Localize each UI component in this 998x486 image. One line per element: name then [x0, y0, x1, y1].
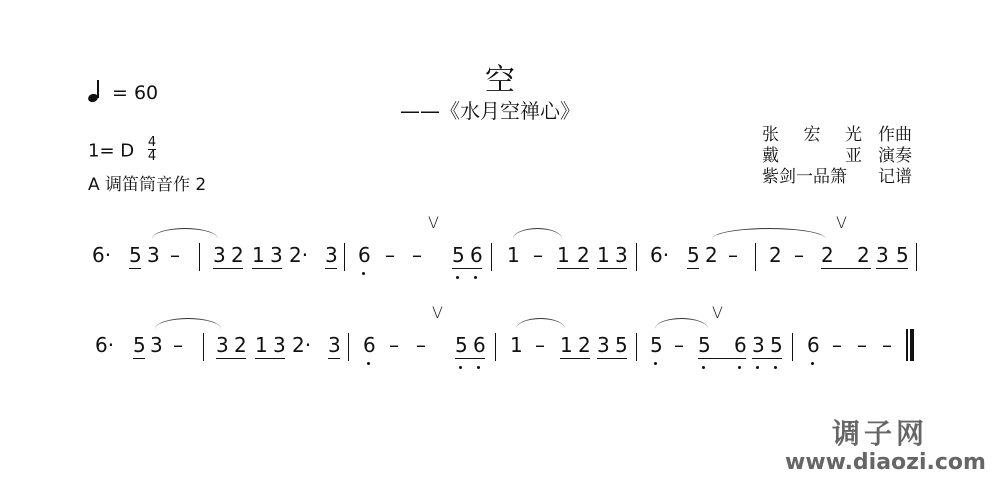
- note-token: 3: [147, 243, 160, 267]
- eighth-underline: [252, 268, 282, 269]
- note-token: –: [416, 333, 426, 357]
- note-token: 1: [507, 243, 520, 267]
- note-token: 3: [216, 333, 229, 357]
- note-token: 5: [687, 243, 700, 267]
- bar-line: [636, 243, 637, 271]
- note-token: 2: [705, 243, 718, 267]
- bar-line: [755, 243, 756, 271]
- eighth-underline: [557, 268, 589, 269]
- bar-line: [792, 333, 793, 361]
- note-token: –: [857, 333, 867, 357]
- note-token: 3: [273, 333, 286, 357]
- low-octave-dot: [459, 366, 462, 369]
- eighth-underline: [325, 268, 337, 269]
- note-token: 1: [255, 333, 268, 357]
- eighth-underline: [213, 268, 243, 269]
- slur-arc: [655, 318, 708, 329]
- slur-arc: [516, 318, 565, 329]
- eighth-underline: [452, 268, 482, 269]
- credit-performer: 戴 亚 演奏: [762, 146, 912, 167]
- note-token: 1: [510, 333, 523, 357]
- note-token: 6: [734, 333, 747, 357]
- breath-mark-icon: V: [432, 303, 443, 322]
- note-token: 1: [560, 333, 573, 357]
- low-octave-dot: [756, 366, 759, 369]
- watermark-url: www.diaozi.com: [785, 450, 986, 475]
- note-token: 2·: [292, 333, 311, 357]
- song-title: 空: [0, 55, 998, 99]
- note-token: 5: [698, 333, 711, 357]
- note-token: –: [832, 333, 842, 357]
- note-token: –: [533, 243, 543, 267]
- name-char: 宏: [804, 125, 821, 146]
- slur-arc: [155, 318, 221, 329]
- eighth-underline: [752, 358, 782, 359]
- bar-line: [491, 243, 492, 271]
- eighth-underline: [876, 268, 908, 269]
- note-token: –: [389, 333, 399, 357]
- eighth-underline: [133, 358, 145, 359]
- note-token: –: [535, 333, 545, 357]
- note-token: 3: [325, 243, 338, 267]
- note-token: 1: [252, 243, 265, 267]
- name-char: 戴: [762, 146, 779, 167]
- song-title-text: 空: [485, 63, 515, 98]
- credit-transcriber: 紫剑一品箫 记谱: [762, 167, 912, 188]
- final-barline-thin: [906, 329, 908, 361]
- note-token: 6·: [92, 243, 111, 267]
- breath-mark-icon: V: [836, 213, 847, 232]
- time-signature-bottom: 4: [148, 150, 156, 163]
- bar-line: [344, 243, 345, 271]
- note-token: 6: [358, 243, 371, 267]
- bar-line: [199, 243, 200, 271]
- note-token: 2: [857, 243, 870, 267]
- name-char: 张: [762, 125, 779, 146]
- eighth-underline: [455, 358, 485, 359]
- bar-line: [203, 333, 204, 361]
- note-token: 5: [770, 333, 783, 357]
- instrument-note: A 调笛筒音作 2: [88, 170, 206, 195]
- eighth-underline: [216, 358, 246, 359]
- note-token: 2: [769, 243, 782, 267]
- breath-mark-icon: V: [428, 213, 439, 232]
- eighth-underline: [597, 268, 627, 269]
- low-octave-dot: [456, 276, 459, 279]
- note-token: 3: [597, 333, 610, 357]
- note-token: 6: [470, 243, 483, 267]
- low-octave-dot: [367, 362, 370, 365]
- note-token: 2: [578, 333, 591, 357]
- watermark-site-name: 调子网: [832, 412, 928, 452]
- name-char: 光: [845, 125, 862, 146]
- note-token: 2·: [289, 243, 308, 267]
- slur-arc: [152, 228, 218, 239]
- low-octave-dot: [811, 362, 814, 365]
- note-token: 5: [896, 243, 909, 267]
- note-token: 5: [455, 333, 468, 357]
- transcriber-name: 紫剑一品箫: [762, 167, 862, 188]
- eighth-underline: [597, 358, 627, 359]
- slur-arc: [712, 228, 826, 239]
- note-token: 5: [452, 243, 465, 267]
- name-char: 亚: [845, 146, 862, 167]
- low-octave-dot: [702, 366, 705, 369]
- note-token: 6: [807, 333, 820, 357]
- low-octave-dot: [654, 362, 657, 365]
- time-signature: 4 4: [148, 136, 156, 163]
- key-text: 1= D: [88, 141, 134, 162]
- score-line-1: 6·53–32132·36––561–12136·52–2–2235VV: [0, 225, 998, 285]
- note-token: 3: [752, 333, 765, 357]
- note-token: –: [385, 243, 395, 267]
- credits: 张 宏 光 作曲 戴 亚 演奏 紫剑一品箫 记谱: [762, 125, 912, 188]
- note-token: 1: [557, 243, 570, 267]
- low-octave-dot: [738, 366, 741, 369]
- final-barline-thick: [910, 329, 914, 361]
- time-signature-top: 4: [148, 136, 156, 149]
- credit-role: 记谱: [878, 167, 912, 188]
- credit-role: 演奏: [878, 146, 912, 167]
- eighth-underline: [698, 358, 746, 359]
- note-token: 3: [615, 243, 628, 267]
- note-token: –: [412, 243, 422, 267]
- note-token: –: [728, 243, 738, 267]
- eighth-underline: [687, 268, 699, 269]
- note-token: 2: [821, 243, 834, 267]
- eighth-underline: [328, 358, 340, 359]
- note-token: 3: [328, 333, 341, 357]
- key-signature: 1= D 4 4: [88, 138, 156, 165]
- bar-line: [348, 333, 349, 361]
- low-octave-dot: [774, 366, 777, 369]
- note-token: 6: [473, 333, 486, 357]
- note-token: 1: [597, 243, 610, 267]
- low-octave-dot: [362, 272, 365, 275]
- low-octave-dot: [474, 276, 477, 279]
- composer-name: 张 宏 光: [762, 125, 862, 146]
- slur-arc: [513, 228, 562, 239]
- note-token: 3: [270, 243, 283, 267]
- eighth-underline: [255, 358, 285, 359]
- note-token: –: [794, 243, 804, 267]
- note-token: 5: [133, 333, 146, 357]
- note-token: –: [170, 243, 180, 267]
- low-octave-dot: [477, 366, 480, 369]
- score-line-2: 6·53–32132·36––561–12355–56356–––VV: [0, 315, 998, 375]
- note-token: 5: [650, 333, 663, 357]
- eighth-underline: [129, 268, 141, 269]
- bar-line: [495, 333, 496, 361]
- note-token: 3: [150, 333, 163, 357]
- note-token: 5: [615, 333, 628, 357]
- credit-role: 作曲: [878, 125, 912, 146]
- song-subtitle: ——《水月空禅心》: [400, 95, 580, 124]
- note-token: 2: [234, 333, 247, 357]
- note-token: –: [173, 333, 183, 357]
- bar-line: [636, 333, 637, 361]
- note-token: 2: [577, 243, 590, 267]
- name-char: 紫剑一品箫: [762, 167, 847, 188]
- note-token: 6·: [95, 333, 114, 357]
- note-token: 6: [363, 333, 376, 357]
- performer-name: 戴 亚: [762, 146, 862, 167]
- eighth-underline: [560, 358, 590, 359]
- note-token: 5: [129, 243, 142, 267]
- bar-line: [916, 243, 917, 271]
- note-token: –: [674, 333, 684, 357]
- breath-mark-icon: V: [712, 303, 723, 322]
- note-token: 3: [213, 243, 226, 267]
- eighth-underline: [821, 268, 871, 269]
- note-token: 3: [876, 243, 889, 267]
- credit-composer: 张 宏 光 作曲: [762, 125, 912, 146]
- note-token: 6·: [650, 243, 669, 267]
- note-token: 2: [231, 243, 244, 267]
- note-token: –: [882, 333, 892, 357]
